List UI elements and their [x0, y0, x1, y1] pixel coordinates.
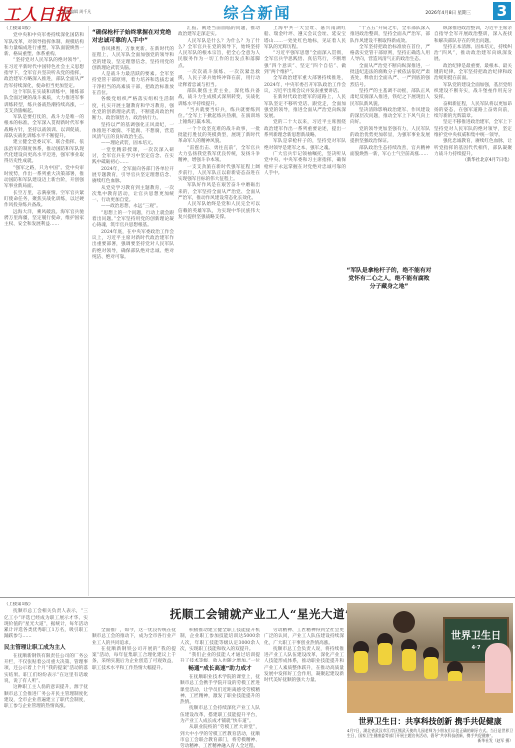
paragraph: “思想上的一个问题，行动上就会跟着出问题。”全军坚持用党的创新理论凝心铸魂，筑牢… [92, 211, 174, 230]
paragraph: 部队政治生态持续改善，官兵精神面貌焕然一新，军心士气空前高涨…… [350, 146, 430, 159]
upper-col6-body: 纵深推进政治整训，习近平主席亲自指导全军开展政治整训，深入查找和解决部队存在的突… [434, 26, 512, 158]
paragraph: 在抚顺新钢铁有限责任公司的厂务公开栏，不仅张贴着公司重大决策、管理事项，还公示着… [4, 654, 88, 685]
section-divider [0, 597, 515, 598]
article-subheadline: “确保枪杆子始终掌握在对党绝对忠诚可靠的人手中” [92, 29, 174, 45]
paragraph: 军队党的建设全面加强，基层党组织建设不断夯实，战斗堡垒作用充分发挥。 [434, 83, 512, 102]
paragraph: “强军之路，只为中国”。党中央审时度势，作出一系列重大决策部署，推动国防和军队建… [4, 166, 84, 191]
paragraph: 抚顺市总工会相关负责人表示，“三亿工小”评选已经成为职工展示才华、实现价值的“星… [4, 609, 88, 640]
paragraph: 建立健全党委议军、联合指挥、依法治军的制度体系，推动国防和军队现代化建设向更高水… [4, 140, 84, 165]
news-photo[interactable]: 世界卫生日 4·7 [347, 603, 513, 713]
lower-col4-body: 劳动精神、工匠精神得到全社会更广泛的认同，产业工人队伍建设持续深化，广大职工干事… [264, 628, 344, 685]
photo-headline: 世界卫生日：共享科技创新 携手共促健康 [347, 716, 513, 727]
photo-caption: 4月7日，湖北省武汉市江岸区熊武天使幼儿园老师为小朋友们示范正确的刷牙方式。当日… [347, 728, 513, 743]
paragraph: 党的领导更加坚强有力，人民军队的政治优势更加彰显，为强军事业发展提供坚强政治保证… [350, 127, 430, 146]
chalkboard-text: 世界卫生日 [451, 631, 501, 642]
paragraph: 强化忠诚教育，赓续红色血脉，让听党指挥的基因代代相传，部队凝聚力战斗力持续提升。 [434, 139, 512, 158]
paragraph: 从党史学习教育到主题教育，一次次集中教育活动，让官兵思想更加统一、行动更加自觉。 [92, 186, 174, 205]
paragraph: 坚持以严的基调强化正风肃纪，一体推进不敢腐、不能腐、不想腐，营造风清气正的良好政… [92, 123, 174, 142]
photo-figure-child [447, 661, 463, 677]
lower-col2-body: 全面推广，如今，这一优良传统在抚顺市总工会的推动下，成为全市各行业产业工人的共同… [92, 628, 176, 672]
paragraph: 党中央和中央军委持续深化国防和军队改革，对领导指挥体制、规模结构和力量编成进行重… [4, 33, 84, 58]
paragraph: “习近平强军思想”全面深入贯彻，全军官兵学思践悟、真信笃行，不断增强“四个意识”… [264, 51, 346, 76]
paragraph: 一次次战斗演练、一次次紧急救援，人民子弟兵始终冲锋在前，用行动诠释着忠诚与担当。 [178, 70, 260, 89]
upper-column-2: “确保枪杆子始终掌握在对党绝对忠诚可靠的人手中” 春风拂煦，万象更新。在新时代的… [92, 26, 174, 596]
paragraph: 劳动精神、工匠精神得到全社会更广泛的认同，产业工人队伍建设持续深化，广大职工干事… [264, 628, 344, 647]
paragraph: 在新时代政治建军的道路上，人民军队坚定不移听党话、跟党走，全面加强党的领导，推进… [264, 95, 346, 120]
article-subheadline: “军队是拿枪杆子的，绝不能有对党怀有二心之人，绝不能有腐败分子藏身之地” [346, 267, 432, 291]
paragraph: 纵深推进政治整训，习近平主席亲自指导全军开展政治整训，深入查找和解决部队存在的突… [434, 26, 512, 45]
upper-col5-body-a: “十五五”开局之年，全军部队深入推进政治整训，坚持全面从严治军，部队作风建设不断… [350, 26, 430, 158]
paragraph: “当兵就要当好兵，练兵就要练到位。”全军上下掀起练兵热潮，在演训场上锤炼打赢本领… [178, 108, 260, 127]
lower-column-2b: 畅通“成长高速”助力成才 在抚顺职业技术学院的课堂上，抚顺市总工会携手学院开设的… [180, 662, 260, 748]
photo-figure-adult [485, 643, 511, 693]
paragraph: 政治纪律是最重要、最根本、最关键的纪律。全军坚持把政治纪律和政治规矩挺在前面。 [434, 64, 512, 83]
lower-col1-body: 抚顺市总工会相关负责人表示，“三亿工小”评选已经成为职工展示才华、实现价值的“星… [4, 609, 88, 640]
paragraph: 这种职工主人翁的意识提升，源于抚顺市总工会推进厂务公开民主管理制度化建设，全市企… [4, 685, 88, 710]
paragraph: 军队好作风是在艰苦奋斗中磨砺出来的，全军坚持全面从严治党、全面从严治军，推动作风… [178, 183, 260, 202]
paragraph: 长空万里，志满豪情。空军官兵紧盯使命任务，聚焦实战化训练，以过硬作风投身练兵备战… [4, 191, 84, 210]
upper-article-credit: （新华社北京4月7日电） [434, 158, 512, 164]
upper-col1-body: 党中央和中央军委持续深化国防和军队改革，对领导指挥体制、规模结构和力量编成进行重… [4, 33, 84, 228]
lower-subheadline-2: 畅通“成长高速”助力成才 [180, 665, 260, 673]
paragraph: 抚顺市总工会负责人说，将持续推进产业工人队伍建设改革，深化产业工人技能形成体系，… [264, 647, 344, 685]
upper-column-6: 纵深推进政治整训，习近平主席亲自指导全军开展政治整训，深入查找和解决部队存在的突… [434, 26, 512, 596]
photo-figure-teacher [393, 611, 415, 633]
paragraph: 在抚顺新钢铁公司开展的“我的提案”活动，每年征集职工合理化建议上千条，采纳实施后… [92, 647, 176, 672]
paragraph: 全军坚持把政治标准放在首位，严格落实党管干部原则，坚持正确选人用人导向，营造风清… [350, 45, 430, 64]
paragraph: 上海中共一大会址、嘉兴南湖红船、瑞金叶坪、遵义会议会址、延安宝塔山……一处处红色… [264, 26, 346, 51]
paragraph: 坚决清除影响政治建军、作风建设的深层次问题，推动全军上下风气向上向好。 [350, 108, 430, 127]
issue-date: 2026年4月8日 星期三 [425, 10, 471, 16]
upper-col4-body: 上海中共一大会址、嘉兴南湖红船、瑞金叶坪、遵义会议会址、延安宝塔山……一处处红色… [264, 26, 346, 177]
masthead: 工人日报 责任编辑 周千凡 综合新闻 2026年4月8日 星期三 3 [0, 0, 515, 22]
upper-col2-body: 春风拂煦，万象更新。在新时代的征程上，人民军队全面加强党的领导和党的建设，坚定理… [92, 47, 174, 261]
paragraph: 一个个攻坚克难的战斗故事，一批批能打胜仗的英模典型，展现了新时代革命军人的精神风… [178, 127, 260, 146]
paragraph: 一堂堂精彩授课，一次次深入研讨，全军官兵在学习中坚定信念、在实践中砥砺初心…… [92, 148, 174, 167]
page-number-badge: 3 [493, 2, 511, 20]
paragraph: 这个军队在实战和训练中，锤炼部队全面过硬的战斗素质，大力推进军事训练转型，练兵备… [4, 90, 84, 115]
photo-figure-child [423, 647, 439, 663]
paragraph: 汇报、阐述当前面临的问题，推动政治建军走深走实。 [178, 26, 260, 39]
continued-label: （上接第1版） [4, 602, 88, 608]
column-divider [88, 26, 89, 596]
photo-figure-child [377, 633, 393, 649]
paragraph: 春风拂煦，万象更新。在新时代的征程上，人民军队全面加强党的领导和党的建设，坚定理… [92, 47, 174, 72]
paragraph: 积极推动建立健全职工技能提升机制，企业职工参加技能培训达5000余人次，年职工技… [180, 628, 260, 653]
upper-column-1: （上接第1版） 党中央和中央军委持续深化国防和军队改革，对领导指挥体制、规模结构… [4, 26, 84, 596]
paragraph: 党的二十大以来，习近平主席围绕政治建军作出一系列重要论述，提出一系列新理念新思想… [264, 120, 346, 139]
photo-figure-child [401, 639, 417, 655]
paragraph: 部队聚焦主责主业，深化练兵备战，战斗力生成模式深刻转变，实战化训练水平持续提升。 [178, 89, 260, 108]
paragraph: 坚持正本清源、固本培元，持续纠治“四风”，推动政治建军向纵深发展。 [434, 45, 512, 64]
paragraph: 各级党组织严格落实组织生活制度，扎实开展主题教育和学习教育，强化党的创新理论武装… [92, 97, 174, 122]
paragraph: “十五五”开局之年，全军部队深入推进政治整训，坚持全面从严治军，部队作风建设不断… [350, 26, 430, 45]
paragraph: 军队是要打仗的，战斗力是唯一的根本的标准。全军深入贯彻新时代军事战略方针，坚持以… [4, 115, 84, 140]
paragraph: 抚顺市总工会持续深化产业工人队伍建设改革，搭建职工技能提升平台，为产业工人成长成… [180, 706, 260, 725]
paragraph: 人民军队是什么？为什么？为了什么？全军官兵在党的领导下，始终坚持人民军队的根本宗… [178, 39, 260, 70]
upper-col3-body: 汇报、阐述当前面临的问题，推动政治建军走深走实。人民军队是什么？为什么？为了什么… [178, 26, 260, 221]
paragraph: 在抚顺职业技术学院的课堂上，抚顺市总工会携手学院开设的劳模工匠进课堂活动，让学员… [180, 675, 260, 706]
continued-label: （上接第1版） [4, 26, 84, 32]
lower-col1b-body: 在抚顺新钢铁有限责任公司的厂务公开栏，不仅张贴着公司重大决策、管理事项，还公示着… [4, 654, 88, 711]
paragraph: 广大官兵牢记领袖嘱托，坚决听从党中央、中央军委和习主席指挥，确保枪杆子永远掌握在… [264, 152, 346, 177]
paragraph: 全面从严治党不断向纵深推进，一批违纪违法的腐败分子被依法依纪严肃查处，释放出全面… [350, 64, 430, 89]
paragraph: 人民军队始终是党和人民完全可以信赖的英雄军队，为实现中华民族伟大复兴提供坚强战略… [178, 202, 260, 221]
paragraph: 坚定不移推进政治建军，全军上下坚持党对人民军队的绝对领导，坚定维护党中央权威和集… [434, 120, 512, 139]
paragraph: 2024年，全军面向各部门各单位开展专题教育，引导官兵坚定理想信念、赓续红色血脉… [92, 167, 174, 186]
paragraph: “坚持党对人民军队的绝对领导”，在习近平新时代中国特色社会主义思想指导下，全军官… [4, 58, 84, 89]
paragraph: “雷霆出击、勇往直前”，全军官兵大力弘扬我党我军优良传统，发扬斗争精神，增强斗争… [178, 146, 260, 165]
lower-column-2: 全面推广，如今，这一优良传统在抚顺市总工会的推动下，成为全市各行业产业工人的共同… [92, 628, 176, 748]
paragraph: 远海大洋，乘风破浪。海军官兵驰骋万里海疆，坚定履行使命，维护国家主权、安全和发展… [4, 210, 84, 229]
photo-credit: 新华社发（赵军 摄） [478, 738, 513, 743]
paragraph: 坚持严的主基调不动摇，部队正风肃纪反腐深入推进，铁纪之下展现出人民军队新风貌。 [350, 89, 430, 108]
upper-column-4: 上海中共一大会址、嘉兴南湖红船、瑞金叶坪、遵义会议会址、延安宝塔山……一处处红色… [264, 26, 346, 596]
upper-column-3: 汇报、阐述当前面临的问题，推动政治建军走深走实。人民军队是什么？为什么？为了什么… [178, 26, 260, 596]
paragraph: 军队是拿枪杆子的，坚持党对军队绝对领导是建军之本、强军之魂。 [264, 139, 346, 152]
photo-figure-child [353, 641, 369, 657]
paragraph: 从职业院校的“劳模工匠大讲堂”，到大中小学的劳模工匠教育活动，抚顺市总工会联合教… [180, 725, 260, 748]
paragraph: 2024年底，在中央军委政治工作会议上，习近平主席对新时代政治建军作出重要部署，… [92, 230, 174, 261]
paragraph: 全军政治建军重大部署持续推进，2024年，中央军委召开军队政治工作会议，习近平出… [264, 76, 346, 95]
paragraph: 奋楫新征程，人民军队将以更加昂扬的姿态，在强军道路上奋勇向前，续写新的光辉篇章。 [434, 102, 512, 121]
upper-column-5: “十五五”开局之年，全军部队深入推进政治整训，坚持全面从严治军，部队作风建设不断… [350, 26, 430, 596]
lower-column-4: 劳动精神、工匠精神得到全社会更广泛的认同，产业工人队伍建设持续深化，广大职工干事… [264, 628, 344, 748]
photo-caption-text: 4月7日，湖北省武汉市江岸区熊武天使幼儿园老师为小朋友们示范正确的刷牙方式。当日… [347, 728, 513, 738]
paragraph: 全面推广，如今，这一优良传统在抚顺市总工会的推动下，成为全市各行业产业工人的共同… [92, 628, 176, 647]
paragraph: 一支支劲旅在新时代强军征程上阔步前行，人民军队正以崭新姿态奋进在实现强军目标的伟… [178, 165, 260, 184]
upper-col5-subheadline-box: “军队是拿枪杆子的，绝不能有对党怀有二心之人，绝不能有腐败分子藏身之地” [346, 264, 432, 294]
lower-subheadline-1: 民主管理让职工成为主人 [4, 644, 88, 652]
lower-col2b-body: 在抚顺职业技术学院的课堂上，抚顺市总工会携手学院开设的劳模工匠进课堂活动，让学员… [180, 675, 260, 748]
paragraph: 人是战斗力最活跃的要素。全军坚持党管干部原则，着力培养和选拔忠诚干净担当的高素质… [92, 72, 174, 97]
lower-column-1: （上接第1版） 抚顺市总工会相关负责人表示，“三亿工小”评选已经成为职工展示才华… [4, 602, 88, 748]
